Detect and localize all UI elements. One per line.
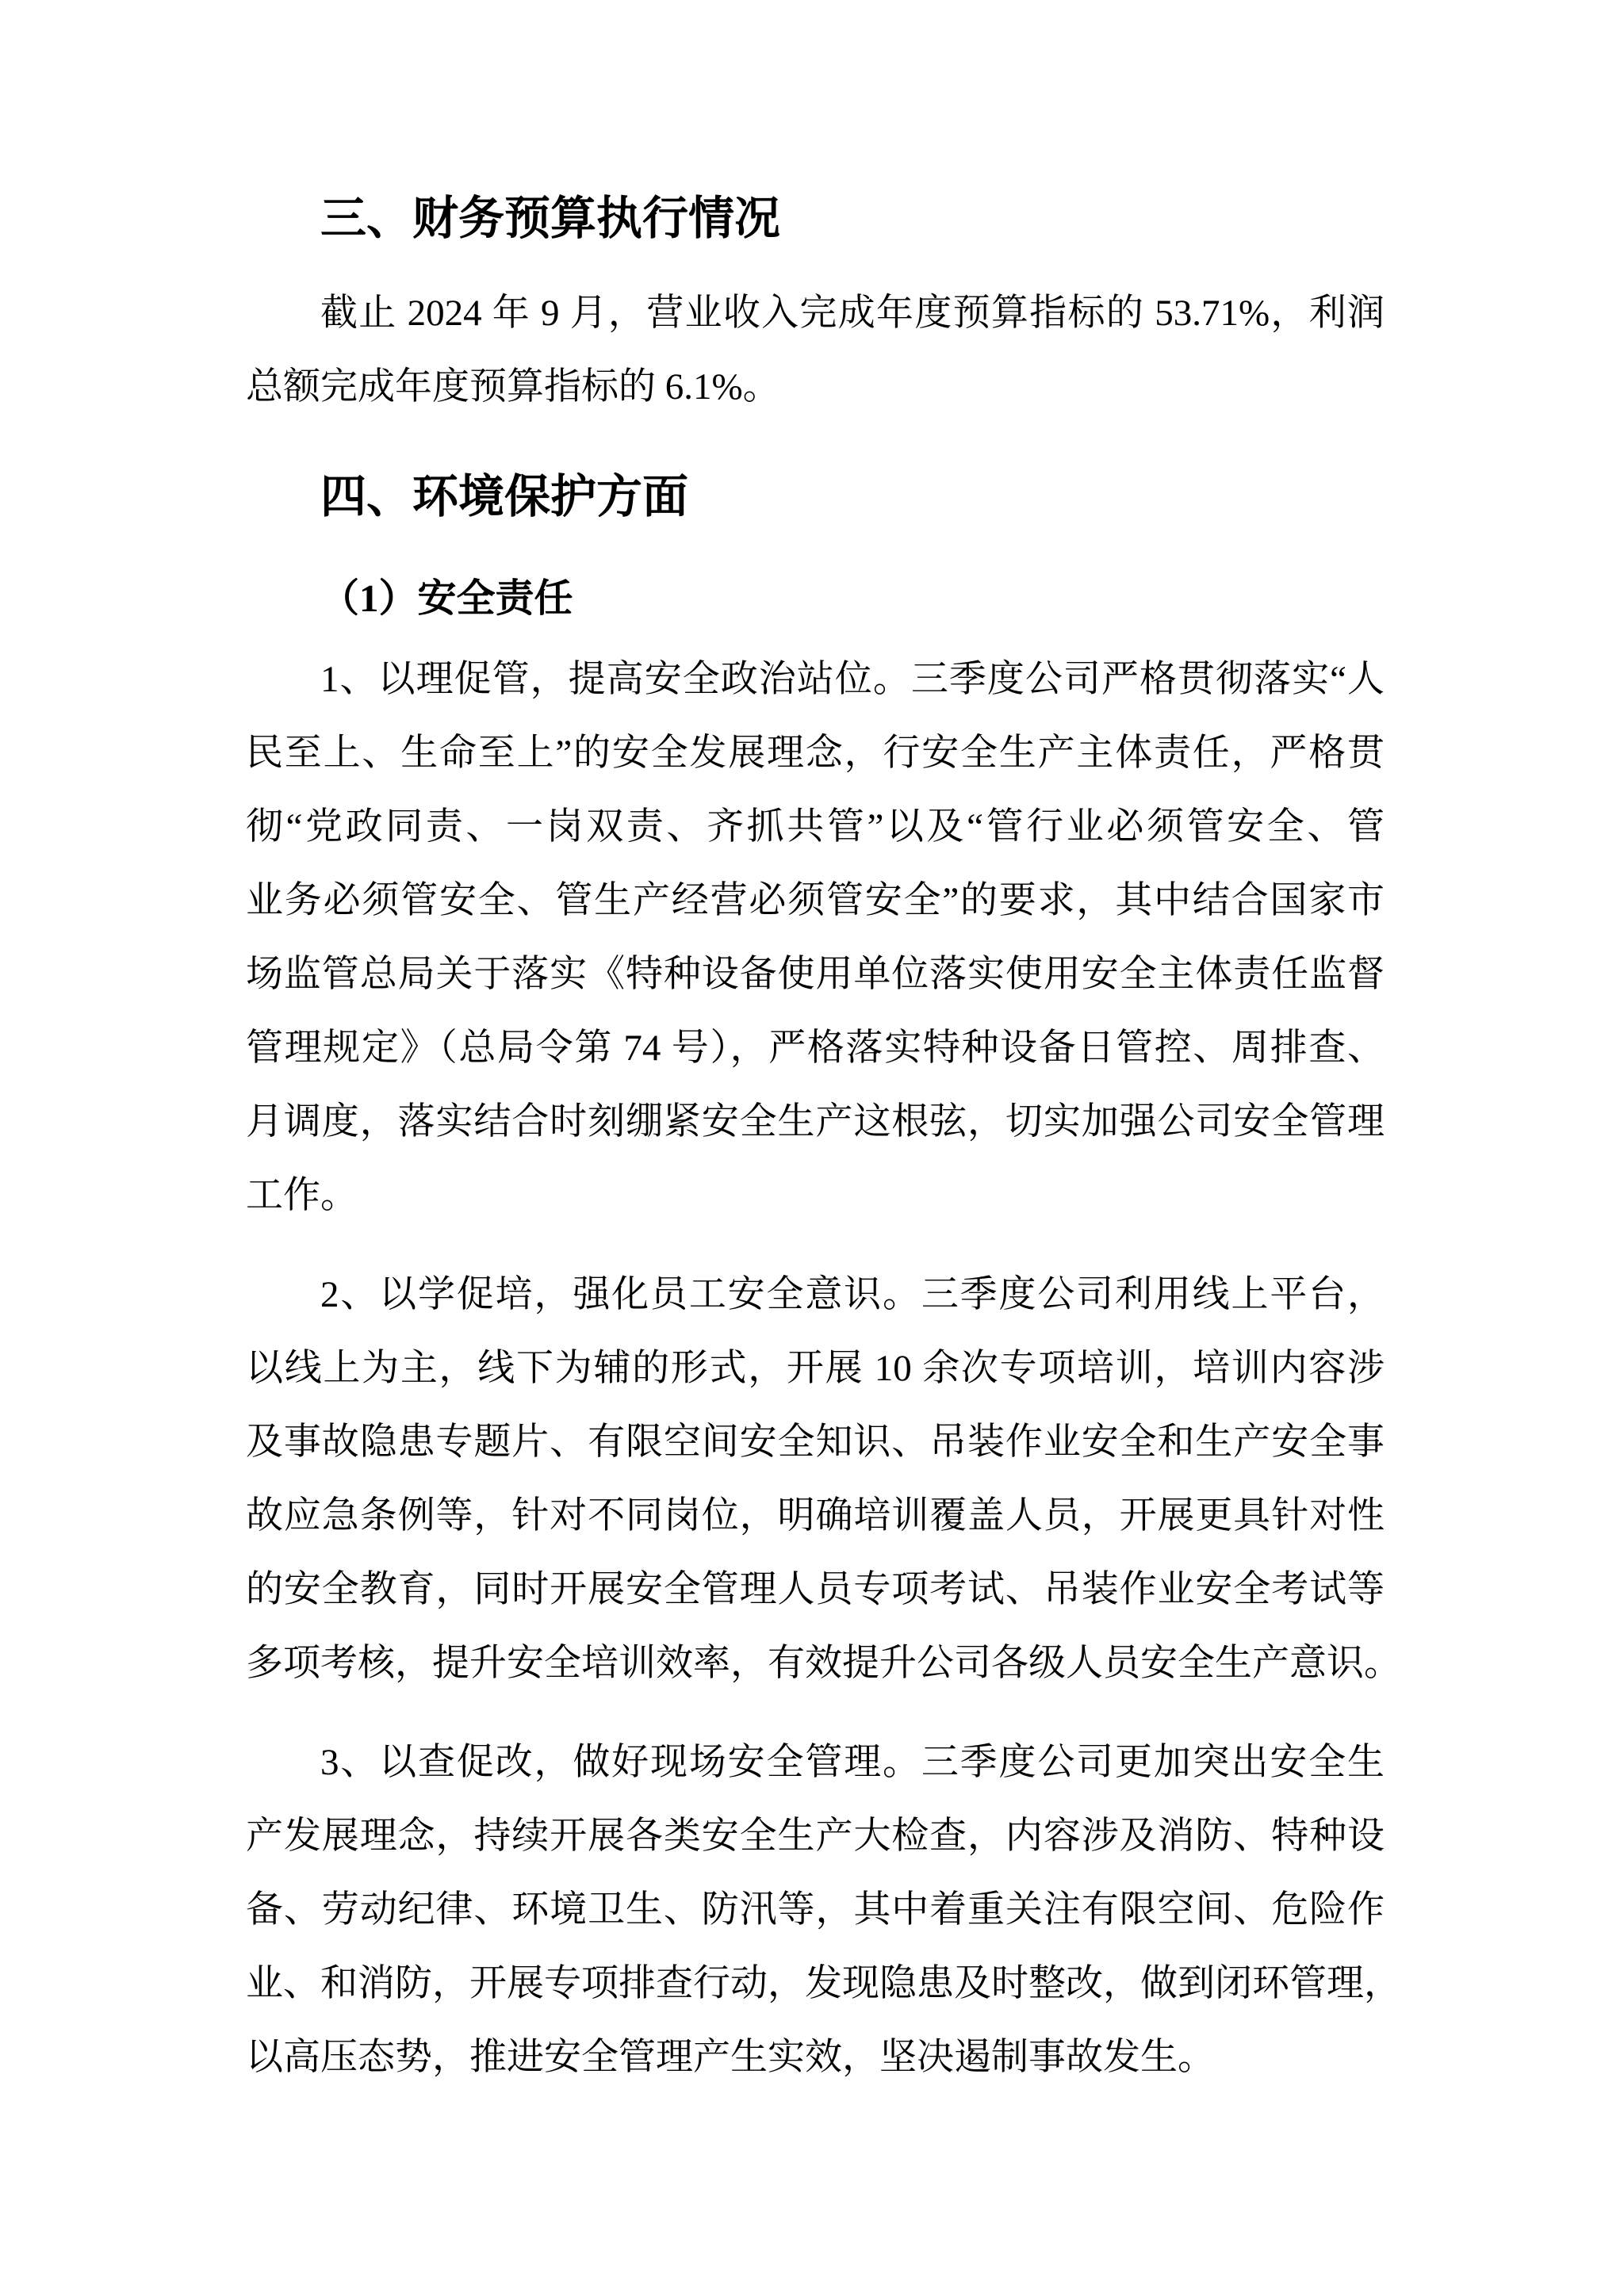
- text-line: 产发展理念，持续开展各类安全生产大检查，内容涉及消防、特种设: [246, 1800, 1385, 1873]
- text-line: 彻“党政同责、一岗双责、齐抓共管”以及“管行业必须管安全、管: [246, 790, 1385, 864]
- text-line: 业、和消防，开展专项排查行动，发现隐患及时整改，做到闭环管理，: [246, 1947, 1385, 2021]
- text-line: 业务必须管安全、管生产经营必须管安全”的要求，其中结合国家市: [246, 864, 1385, 938]
- paragraph: 3、以查促改，做好现场安全管理。三季度公司更加突出安全生产发展理念，持续开展各类…: [246, 1726, 1385, 2095]
- paragraph: 2、以学促培，强化员工安全意识。三季度公司利用线上平台，以线上为主，线下为辅的形…: [246, 1258, 1385, 1701]
- text-line: 2、以学促培，强化员工安全意识。三季度公司利用线上平台，: [246, 1258, 1385, 1332]
- text-line: 故应急条例等，针对不同岗位，明确培训覆盖人员，开展更具针对性: [246, 1479, 1385, 1553]
- text-line: 的安全教育，同时开展安全管理人员专项考试、吊装作业安全考试等: [246, 1553, 1385, 1627]
- text-line: 1、以理促管，提高安全政治站位。三季度公司严格贯彻落实“人: [246, 643, 1385, 717]
- text-line: 以线上为主，线下为辅的形式，开展 10 余次专项培训，培训内容涉: [246, 1332, 1385, 1406]
- text-line: 截止 2024 年 9 月，营业收入完成年度预算指标的 53.71%，利润: [246, 277, 1385, 350]
- text-line: 总额完成年度预算指标的 6.1%。: [246, 350, 1385, 424]
- section-heading: 三、财务预算执行情况: [246, 182, 1385, 255]
- text-line: 以高压态势，推进安全管理产生实效，坚决遏制事故发生。: [246, 2021, 1385, 2095]
- text-line: 民至上、生命至上”的安全发展理念，行安全生产主体责任，严格贯: [246, 717, 1385, 790]
- text-line: 月调度，落实结合时刻绷紧安全生产这根弦，切实加强公司安全管理: [246, 1085, 1385, 1159]
- text-line: 场监管总局关于落实《特种设备使用单位落实使用安全主体责任监督: [246, 938, 1385, 1012]
- text-line: 3、以查促改，做好现场安全管理。三季度公司更加突出安全生: [246, 1726, 1385, 1800]
- document-page: { "document": { "page_background": "#fff…: [0, 0, 1624, 2296]
- text-line: 多项考核，提升安全培训效率，有效提升公司各级人员安全生产意识。: [246, 1627, 1385, 1701]
- paragraph: 截止 2024 年 9 月，营业收入完成年度预算指标的 53.71%，利润总额完…: [246, 277, 1385, 424]
- paragraph: 1、以理促管，提高安全政治站位。三季度公司严格贯彻落实“人民至上、生命至上”的安…: [246, 643, 1385, 1233]
- text-line: 备、劳动纪律、环境卫生、防汛等，其中着重关注有限空间、危险作: [246, 1873, 1385, 1947]
- section-subheading: （1）安全责任: [246, 561, 1385, 635]
- text-line: 管理规定》（总局令第 74 号），严格落实特种设备日管控、周排查、: [246, 1012, 1385, 1085]
- text-line: 工作。: [246, 1159, 1385, 1233]
- section-heading: 四、环境保护方面: [246, 460, 1385, 534]
- text-line: 及事故隐患专题片、有限空间安全知识、吊装作业安全和生产安全事: [246, 1406, 1385, 1479]
